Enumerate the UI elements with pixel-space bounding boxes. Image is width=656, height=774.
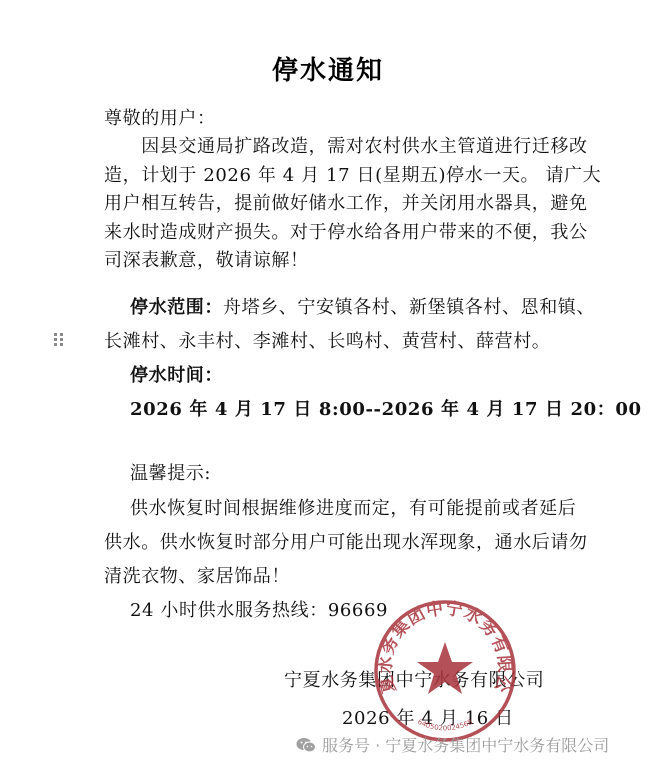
watermark-text: 服务号 · 宁夏水务集团中宁水务有限公司 bbox=[322, 733, 609, 756]
intro-line-1: 因县交通局扩路改造，需对农村供水主管道进行迁移改 bbox=[104, 135, 588, 159]
scope-value-1: 舟塔乡、宁安镇各村、新堡镇各村、恩和镇、 bbox=[223, 297, 595, 318]
intro-line-3: 用户相互转告，提前做好储水工作，并关闭用水器具，避免 bbox=[104, 192, 588, 216]
greeting: 尊敬的用户： bbox=[104, 107, 216, 131]
tips-line-2: 供水。供水恢复时部分用户可能出现水浑现象，通水后请勿 bbox=[104, 531, 588, 555]
notice-title: 停水通知 bbox=[0, 50, 656, 87]
intro-line-2: 造，计划于 2026 年 4 月 17 日(星期五)停水一天。 请广大 bbox=[104, 164, 601, 188]
notice-page: 停水通知 尊敬的用户： 因县交通局扩路改造，需对农村供水主管道进行迁移改 造，计… bbox=[0, 0, 656, 774]
intro-line-4: 来水时造成财产损失。对于停水给各用户带来的不便，我公 bbox=[104, 221, 588, 245]
drag-handle-icon[interactable] bbox=[54, 333, 64, 347]
scope-label: 停水范围： bbox=[130, 297, 223, 318]
time-label: 停水时间： bbox=[130, 364, 223, 388]
scope-line-1: 停水范围：舟塔乡、宁安镇各村、新堡镇各村、恩和镇、 bbox=[130, 296, 595, 320]
scope-line-2: 长滩村、永丰村、李滩村、长鸣村、黄营村、薛营村。 bbox=[104, 330, 550, 354]
company-seal-icon: 宁夏水务集团中宁水务有限公司 6405020024568 bbox=[372, 598, 518, 744]
tips-label: 温馨提示: bbox=[130, 462, 211, 486]
hotline: 24 小时供水服务热线：96669 bbox=[130, 599, 388, 623]
time-value: 2026 年 4 月 17 日 8:00--2026 年 4 月 17 日 20… bbox=[130, 398, 642, 422]
tips-line-1: 供水恢复时间根据维修进度而定，有可能提前或者延后 bbox=[130, 497, 576, 521]
wechat-icon bbox=[296, 737, 316, 753]
watermark: 服务号 · 宁夏水务集团中宁水务有限公司 bbox=[296, 733, 609, 756]
tips-line-3: 清洗衣物、家居饰品！ bbox=[104, 565, 290, 589]
intro-line-5: 司深表歉意，敬请谅解！ bbox=[104, 249, 309, 273]
svg-text:6405020024568: 6405020024568 bbox=[416, 718, 474, 732]
